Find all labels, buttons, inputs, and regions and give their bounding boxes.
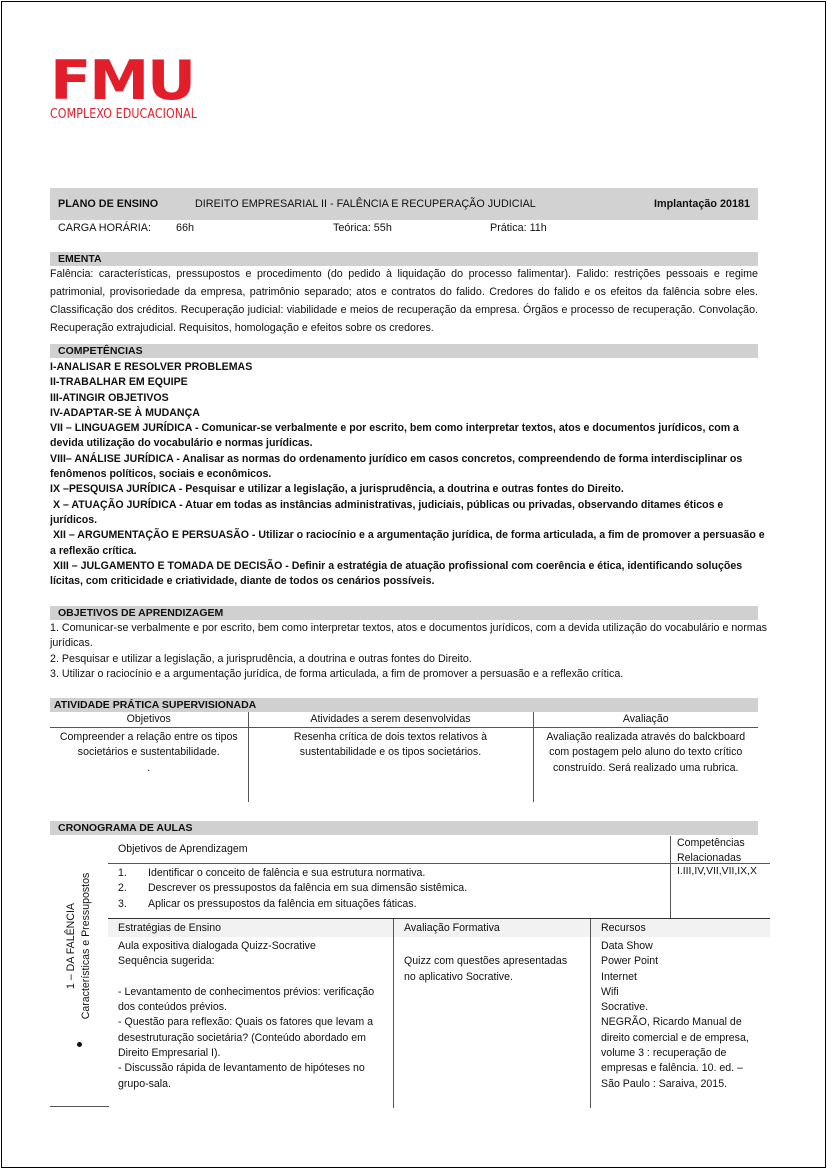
aps-col-objetivos: Objetivos xyxy=(50,712,248,727)
objetivos-list: 1. Comunicar-se verbalmente e por escrit… xyxy=(50,621,772,682)
list-item: 3.Aplicar os pressupostos da falência em… xyxy=(118,897,670,912)
estrategias-text: Aula expositiva dialogada Quizz-Socrativ… xyxy=(108,937,393,1094)
carga-label: CARGA HORÁRIA: xyxy=(58,222,151,234)
objetivos-aprendizagem-header: Objetivos de Aprendizagem xyxy=(108,836,670,864)
table-row: Compreender a relação entre os tipos soc… xyxy=(50,727,758,802)
competencia-item: III-ATINGIR OBJETIVOS xyxy=(50,391,772,406)
cronograma-section: CRONOGRAMA DE AULAS xyxy=(50,821,758,835)
competencia-item: VII – LINGUAGEM JURÍDICA - Comunicar-se … xyxy=(50,421,772,452)
recursos-header: Recursos xyxy=(591,919,770,937)
aps-atividades-cell: Resenha crítica de dois textos relativos… xyxy=(248,727,533,802)
objetivos-heading: OBJETIVOS DE APRENDIZAGEM xyxy=(50,606,758,620)
estrategias-header: Estratégias de Ensino xyxy=(108,919,393,937)
aps-table: Objetivos Atividades a serem desenvolvid… xyxy=(50,712,758,802)
recursos-text: Data Show Power Point Internet Wifi Socr… xyxy=(591,937,770,1094)
logo-wordmark: FMU xyxy=(50,58,251,104)
ementa-text: Falência: características, pressupostos … xyxy=(50,265,758,337)
plan-header-row: PLANO DE ENSINO DIREITO EMPRESARIAL II -… xyxy=(50,188,758,220)
aps-col-avaliacao: Avaliação xyxy=(533,712,758,727)
objetivos-aprendizagem-list: 1.Identificar o conceito de falência e s… xyxy=(108,864,670,912)
competencias-relacionadas-header: Competências Relacionadas xyxy=(671,836,770,864)
course-title: DIREITO EMPRESARIAL II - FALÊNCIA E RECU… xyxy=(195,198,536,210)
ementa-section: EMENTA Falência: características, pressu… xyxy=(50,252,758,337)
objetivo-item: 2. Pesquisar e utilizar a legislação, a … xyxy=(50,652,772,667)
cronograma-heading: CRONOGRAMA DE AULAS xyxy=(50,821,758,835)
competencia-item: IX –PESQUISA JURÍDICA - Pesquisar e util… xyxy=(50,482,772,497)
objetivo-item: 1. Comunicar-se verbalmente e por escrit… xyxy=(50,621,772,652)
aps-heading: ATIVIDADE PRÁTICA SUPERVISIONADA xyxy=(50,698,758,712)
unit-label: 1 – DA FALÊNCIA Características e Pressu… xyxy=(50,836,108,1108)
competencias-relacionadas-value: I.III,IV,VII,VII,IX,X xyxy=(671,864,770,879)
implantacao-label: Implantação 20181 xyxy=(654,198,750,210)
list-item: 1.Identificar o conceito de falência e s… xyxy=(118,866,670,881)
competencia-item: IV-ADAPTAR-SE À MUDANÇA xyxy=(50,406,772,421)
aps-avaliacao-cell: Avaliação realizada através do balckboar… xyxy=(533,727,758,802)
competencia-item: I-ANALISAR E RESOLVER PROBLEMAS xyxy=(50,360,772,375)
competencia-item: XIII – JULGAMENTO E TOMADA DE DECISÃO - … xyxy=(50,559,772,590)
plan-label: PLANO DE ENSINO xyxy=(58,198,158,210)
competencia-item: II-TRABALHAR EM EQUIPE xyxy=(50,375,772,390)
ementa-heading: EMENTA xyxy=(50,252,758,266)
unit-title: 1 – DA FALÊNCIA xyxy=(64,873,79,1020)
list-item: 2.Descrever os pressupostos da falência … xyxy=(118,881,670,896)
unit-subtitle: Características e Pressupostos xyxy=(79,873,94,1020)
competencia-item: XII – ARGUMENTAÇÃO E PERSUASÃO - Utiliza… xyxy=(50,528,772,559)
competencia-item: VIII– ANÁLISE JURÍDICA - Analisar as nor… xyxy=(50,452,772,483)
carga-total: 66h xyxy=(176,222,194,234)
bullet-icon xyxy=(77,1042,82,1047)
carga-horaria-row: CARGA HORÁRIA: 66h Teórica: 55h Prática:… xyxy=(50,220,758,236)
aps-section: ATIVIDADE PRÁTICA SUPERVISIONADA Objetiv… xyxy=(50,698,758,802)
aps-col-atividades: Atividades a serem desenvolvidas xyxy=(248,712,533,727)
objetivo-item: 3. Utilizar o raciocínio e a argumentaçã… xyxy=(50,667,772,682)
aps-objetivos-cell: Compreender a relação entre os tipos soc… xyxy=(50,727,248,802)
competencias-list: I-ANALISAR E RESOLVER PROBLEMAS II-TRABA… xyxy=(50,360,772,589)
avaliacao-formativa-header: Avaliação Formativa xyxy=(394,919,590,937)
objetivos-section: OBJETIVOS DE APRENDIZAGEM 1. Comunicar-s… xyxy=(50,606,758,682)
carga-teorica: Teórica: 55h xyxy=(333,222,392,234)
carga-pratica: Prática: 11h xyxy=(490,222,547,234)
estrategias-grid: Estratégias de Ensino Aula expositiva di… xyxy=(108,919,770,1108)
competencias-heading: COMPETÊNCIAS xyxy=(50,344,758,358)
competencia-item: X – ATUAÇÃO JURÍDICA - Atuar em todas as… xyxy=(50,498,772,529)
objetivos-grid: Objetivos de Aprendizagem 1.Identificar … xyxy=(108,836,770,918)
avaliacao-formativa-text: Quizz com questões apresentadas no aplic… xyxy=(394,937,590,987)
cronograma-table: 1 – DA FALÊNCIA Características e Pressu… xyxy=(50,836,770,1108)
competencias-section: COMPETÊNCIAS I-ANALISAR E RESOLVER PROBL… xyxy=(50,344,758,589)
logo-tagline: COMPLEXO EDUCACIONAL xyxy=(50,106,197,122)
footnote-separator xyxy=(50,1106,109,1107)
fmu-logo: FMU COMPLEXO EDUCACIONAL xyxy=(50,58,229,122)
